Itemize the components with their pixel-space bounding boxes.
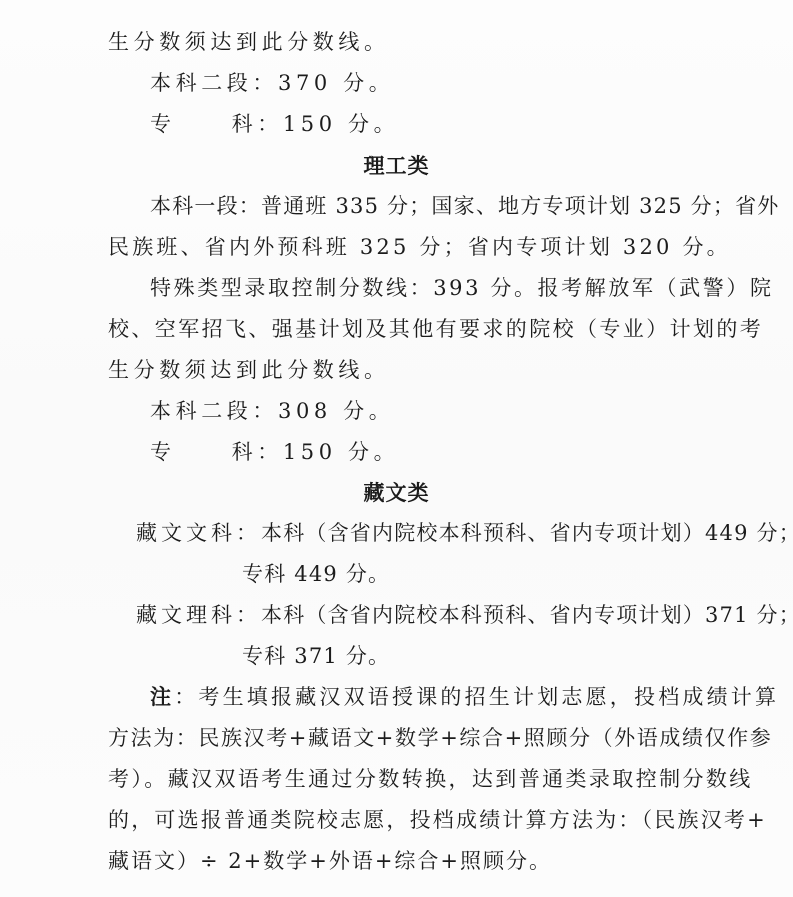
score-value: 本科（含省内院校本科预科、省内专项计划）449 分； bbox=[261, 521, 793, 545]
paragraph-line: 校、空军招飞、强基计划及其他有要求的院校（专业）计划的考 bbox=[108, 315, 763, 343]
score-label: 藏文理科： bbox=[136, 603, 261, 627]
score-label: 藏文文科： bbox=[136, 521, 261, 545]
score-row-zangwen-wenke-zhuan: 专科 449 分。 bbox=[242, 560, 390, 588]
score-row-zangwen-like-zhuan: 专科 371 分。 bbox=[242, 642, 390, 670]
score-label: 专 bbox=[150, 112, 176, 136]
score-row-zhuan-ligong: 专科：150 分。 bbox=[150, 438, 399, 466]
paragraph-line: 生分数须达到此分数线。 bbox=[108, 28, 390, 56]
paragraph-line: 生分数须达到此分数线。 bbox=[108, 356, 390, 384]
score-row-zangwen-like: 藏文理科：本科（含省内院校本科预科、省内专项计划）371 分； bbox=[136, 601, 793, 629]
score-row-ben2-wenshi: 本科二段：370 分。 bbox=[150, 69, 394, 97]
score-value: 370 分。 bbox=[278, 71, 394, 95]
document-page: 生分数须达到此分数线。 本科二段：370 分。 专科：150 分。 理工类 本科… bbox=[0, 0, 793, 897]
note-label: 注 bbox=[150, 685, 174, 709]
paragraph-line: 本科一段：普通班 335 分；国家、地方专项计划 325 分；省外 bbox=[150, 192, 779, 220]
score-label: 专 bbox=[150, 440, 176, 464]
paragraph-line: 民族班、省内外预科班 325 分；省内专项计划 320 分。 bbox=[108, 233, 731, 261]
score-value: 本科（含省内院校本科预科、省内专项计划）371 分； bbox=[261, 603, 793, 627]
score-value: 308 分。 bbox=[278, 399, 394, 423]
score-value: 150 分。 bbox=[283, 112, 399, 136]
note-text: ：考生填报藏汉双语授课的招生计划志愿，投档成绩计算 bbox=[174, 685, 779, 709]
note-line: 方法为：民族汉考+藏语文+数学+综合+照顾分（外语成绩仅作参 bbox=[108, 724, 772, 752]
score-row-zangwen-wenke: 藏文文科：本科（含省内院校本科预科、省内专项计划）449 分； bbox=[136, 519, 793, 547]
score-label: 科： bbox=[232, 112, 283, 136]
note-line: 考）。藏汉双语考生通过分数转换，达到普通类录取控制分数线 bbox=[108, 765, 753, 793]
section-heading-zangwen: 藏文类 bbox=[0, 479, 793, 507]
section-heading-ligong: 理工类 bbox=[0, 152, 793, 180]
score-row-zhuan-wenshi: 专科：150 分。 bbox=[150, 110, 399, 138]
score-value: 150 分。 bbox=[283, 440, 399, 464]
score-label: 科： bbox=[232, 440, 283, 464]
note-line: 的，可选报普通类院校志愿，投档成绩计算方法为：（民族汉考+ bbox=[108, 806, 767, 834]
score-label: 本科二段： bbox=[150, 71, 278, 95]
note-line: 藏语文）÷ 2+数学+外语+综合+照顾分。 bbox=[108, 847, 552, 875]
score-row-ben2-ligong: 本科二段：308 分。 bbox=[150, 397, 394, 425]
paragraph-line: 特殊类型录取控制分数线：393 分。报考解放军（武警）院 bbox=[150, 274, 774, 302]
note-line: 注：考生填报藏汉双语授课的招生计划志愿，投档成绩计算 bbox=[150, 683, 779, 711]
score-label: 本科二段： bbox=[150, 399, 278, 423]
